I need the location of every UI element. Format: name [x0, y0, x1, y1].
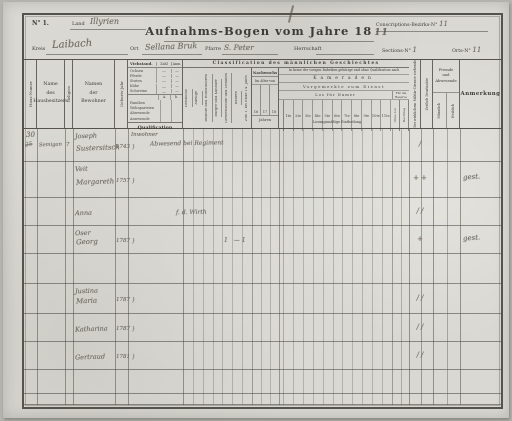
- category-column: Adelige: [193, 91, 203, 105]
- col-residents-label: Namen der Bewohner: [81, 81, 106, 107]
- familien-rows: FamilienWohnparteienAbwesendeAnwesende: [128, 100, 182, 122]
- nachwuchs-sub: Im Alter von: [252, 77, 278, 84]
- category-column: Geistliche: [183, 89, 193, 107]
- absent-male-label: Männlich: [437, 103, 441, 119]
- orts-label: Orts-N°: [452, 49, 471, 54]
- category-label: Vom 1. bis Ende 14. Jahrs: [245, 75, 249, 122]
- owner-note: 7: [66, 142, 70, 148]
- nachwuchs-unit: Jahren: [252, 115, 278, 124]
- category-label: Adelige: [195, 91, 199, 105]
- los-column: 5te: [323, 100, 333, 131]
- col-owner-label: Name des Hausbesitzers: [33, 81, 68, 107]
- resident-first-name: Veit: [75, 165, 88, 173]
- tally-marks: ++: [405, 174, 437, 182]
- resident-first-name: Oser: [75, 229, 91, 238]
- animal-extra: —: [171, 69, 182, 73]
- col-residents: Namen der Bewohner: [73, 60, 115, 128]
- family-row: Anwesende: [128, 116, 182, 121]
- category-columns: GeistlicheAdeligeBeamte und Honoratioren…: [183, 68, 252, 128]
- los-number: 4te: [315, 114, 321, 118]
- los-column: 7te: [342, 100, 352, 131]
- land-label: Land: [72, 21, 85, 27]
- table-row: [24, 394, 501, 405]
- table-header: Haus-Numer Name des Hausbesitzers Religi…: [24, 59, 501, 129]
- remark-note: gest.: [463, 172, 481, 181]
- rule: [46, 54, 128, 55]
- table-row: [24, 254, 501, 284]
- sections-number: Sections-N° 1: [382, 46, 417, 54]
- los-number: 8te: [354, 114, 360, 118]
- livestock-row: Ochsen——: [128, 68, 182, 73]
- aux-column: Nachtrag: [400, 100, 409, 131]
- animal-label: Stuten: [128, 79, 156, 83]
- livestock-count-header: Zahl: [156, 62, 171, 66]
- rule: [376, 31, 488, 32]
- family-label: Anwesende: [128, 117, 160, 121]
- resident-surname: Maria: [76, 297, 97, 306]
- age-17: 17: [263, 110, 268, 114]
- resident-surname: Georg: [76, 238, 98, 247]
- animal-count: —: [156, 89, 171, 94]
- kameraden-line4: Los für Numer: [279, 91, 392, 99]
- qualification-note: Inwohner: [131, 132, 158, 138]
- los-column: 2te: [294, 100, 304, 131]
- pfarre-label: Pfarre: [205, 46, 221, 52]
- conscription-district: Conscriptions-Bezirks-N° 11: [376, 20, 448, 28]
- scanned-census-sheet: N° 1. Land Illyrien Aufnahms-Bogen vom J…: [0, 0, 512, 421]
- category-column: Gewerbsleute und Gehilfen: [222, 73, 232, 123]
- ort-label: Ort: [130, 46, 139, 52]
- rule: [142, 54, 202, 55]
- sections-value: 1: [412, 46, 416, 54]
- table-row: Gertraud1781 }//: [24, 342, 501, 370]
- livestock-block: Viehstand. Zahl Anm. Ochsen——Pferde——Stu…: [128, 60, 183, 128]
- house-number-old: 25: [25, 141, 34, 149]
- col-owner: Name des Hausbesitzers: [37, 60, 65, 128]
- family-cell-b: [171, 116, 182, 121]
- form-header: N° 1. Land Illyrien Aufnahms-Bogen vom J…: [24, 15, 501, 59]
- animal-label: Pferde: [128, 74, 156, 78]
- table-row: VeitMargareth1757 }++gest.: [24, 162, 501, 198]
- kameraden-line3: Vorgemerkte zum Dienst: [279, 83, 409, 91]
- sections-label: Sections-N°: [382, 49, 411, 54]
- families-block: A. b. FamilienWohnparteienAbwesendeAnwes…: [128, 94, 182, 122]
- aux-header: Für die Reserve: [392, 91, 409, 99]
- table-row: 3025Semigan7JosephSustersitsch1743 }Inwo…: [24, 129, 501, 162]
- classification-mark: 1 —1: [224, 237, 248, 244]
- family-label: Abwesende: [128, 111, 160, 115]
- kameraden-line2: Kameraden: [279, 75, 409, 83]
- house-number: 30: [26, 131, 35, 139]
- col-military-service: Bei wirklichem Militär-Dienste stehende: [409, 60, 421, 128]
- orts-number: Orts-N° 11: [452, 46, 481, 54]
- livestock-row: Pferde——: [128, 73, 182, 78]
- form-title-year: 11: [374, 28, 389, 38]
- family-label: Familien: [128, 101, 160, 105]
- ort-value: Sellana Bruk: [145, 41, 198, 52]
- tally-marks: /: [405, 140, 437, 148]
- los-number: 3te: [305, 114, 311, 118]
- birth-year: 1787 }: [116, 326, 135, 332]
- aux-label: Ohne Los: [393, 108, 397, 122]
- land-value: Illyrien: [90, 17, 119, 26]
- col-remarks: Anmerkung: [460, 60, 501, 128]
- animal-label: Kühe: [128, 84, 156, 88]
- family-cell-a: [160, 116, 171, 121]
- table-row: Annaf. d. Wirth//: [24, 198, 501, 226]
- col-furloughed: Zeitlich Beurlaubte: [421, 60, 433, 128]
- animal-label: Ochsen: [128, 69, 156, 73]
- sheet-number: N° 1.: [32, 20, 49, 27]
- age-16: 16: [254, 110, 259, 114]
- animal-label: Schweine: [128, 89, 156, 93]
- col-birth-year: Geburts-Jahr: [115, 60, 128, 128]
- rule: [70, 29, 146, 30]
- birth-year: 1757 }: [116, 178, 135, 184]
- rule: [316, 54, 374, 55]
- los-column: 3te: [303, 100, 313, 131]
- paper-sheet: N° 1. Land Illyrien Aufnahms-Bogen vom J…: [3, 2, 509, 418]
- absent-title: Fremde und Abwesende: [433, 60, 459, 93]
- form-title: Aufnahms-Bogen vom Jahre 1811: [142, 24, 392, 38]
- col-birth-year-label: Geburts-Jahr: [119, 81, 124, 107]
- conscription-label: Conscriptions-Bezirks-N°: [376, 23, 438, 28]
- absent-female-label: Weiblich: [451, 104, 455, 118]
- classification-title: Classification des männlichen Geschlecht…: [183, 61, 409, 68]
- category-column: Vom 1. bis Ende 14. Jahrs: [242, 75, 251, 122]
- los-column: 6te: [333, 100, 343, 131]
- los-number: 10te: [372, 114, 380, 118]
- category-label: Beamte und Honoratioren: [205, 74, 209, 122]
- los-column: 9te: [362, 100, 372, 131]
- col-house-number-label: Haus-Numer: [28, 81, 33, 107]
- table-row: [24, 370, 501, 394]
- los-number: 1te: [285, 114, 291, 118]
- resident-first-name: Katharina: [75, 324, 108, 333]
- category-label: Bürger und Künstler: [215, 79, 219, 117]
- livestock-row: Kühe——: [128, 84, 182, 89]
- nachwuchs-block: Nachwuchs Im Alter von 16 17 18 Jahren: [252, 68, 279, 128]
- livestock-row: Schweine——: [128, 89, 182, 94]
- aux-column: Ohne Los: [391, 100, 400, 131]
- category-label: Geistliche: [185, 89, 189, 107]
- conscription-value: 11: [439, 20, 448, 28]
- los-columns: 1te2te3te4te5te6te7te8te9te10te11teOhne …: [279, 100, 409, 131]
- los-number: 2te: [295, 114, 301, 118]
- remark-note: gest.: [463, 234, 481, 243]
- viehstand-rows: Ochsen——Pferde——Stuten——Kühe——Schweine——: [128, 68, 182, 94]
- resident-surname: Sustersitsch: [76, 143, 120, 153]
- tally-marks: //: [405, 207, 437, 215]
- animal-extra: —: [171, 79, 182, 83]
- resident-first-name: Justina: [75, 287, 98, 296]
- los-column: 4te: [313, 100, 323, 131]
- kreis-value: Laibach: [52, 38, 93, 51]
- kreis-label: Kreis: [32, 46, 45, 52]
- tally-marks: +: [405, 235, 437, 243]
- los-column: 1te: [284, 100, 294, 131]
- resident-surname: Margareth: [76, 177, 114, 186]
- herrschaft-label: Herrschaft: [294, 46, 322, 52]
- resident-first-name: Anna: [75, 209, 92, 218]
- tally-marks: //: [405, 351, 437, 359]
- kameraden-footer: Losungsmäßige Eintheilung: [283, 120, 391, 124]
- age-18: 18: [272, 110, 277, 114]
- kameraden-line1: In keine der vorigen Rubriken gehörige u…: [279, 68, 409, 75]
- rule: [222, 54, 278, 55]
- los-column: 10te: [372, 100, 382, 131]
- table-body: 3025Semigan7JosephSustersitsch1743 }Inwo…: [24, 129, 501, 405]
- los-number: 5te: [324, 114, 330, 118]
- category-column: Beamte und Honoratioren: [203, 74, 213, 122]
- resident-first-name: Joseph: [75, 132, 97, 141]
- category-column: Bürger und Künstler: [213, 79, 223, 117]
- animal-extra: —: [171, 74, 182, 78]
- birth-year: 1743 }: [116, 144, 135, 150]
- los-number: 7te: [344, 114, 350, 118]
- livestock-title: Viehstand.: [128, 61, 156, 66]
- category-label: Gewerbsleute und Gehilfen: [225, 73, 229, 123]
- orts-value: 11: [472, 46, 481, 54]
- los-column: 8te: [352, 100, 362, 131]
- birth-year: 1787 }: [116, 238, 135, 244]
- animal-extra: —: [171, 84, 182, 88]
- los-number: 11te: [382, 114, 390, 118]
- col-religion: Religion: [65, 60, 73, 128]
- kameraden-block: In keine der vorigen Rubriken gehörige u…: [279, 68, 409, 128]
- tally-marks: //: [405, 323, 437, 331]
- livestock-row: Stuten——: [128, 78, 182, 83]
- form-title-printed: Aufnahms-Bogen vom Jahre 18: [145, 24, 372, 38]
- qualification-note-2: Abwesend bei Regiment: [150, 139, 224, 147]
- col-religion-label: Religion: [66, 86, 71, 102]
- col-military-service-label: Bei wirklichem Militär-Dienste stehende: [413, 60, 417, 128]
- category-column: Bauern: [232, 91, 242, 104]
- table-row: Katharina1787 }//: [24, 314, 501, 342]
- family-label: Wohnparteien: [128, 106, 160, 110]
- col-remarks-label: Anmerkung: [461, 91, 501, 97]
- los-number: 9te: [363, 114, 369, 118]
- category-label: Bauern: [235, 91, 239, 104]
- pfarre-value: S. Peter: [224, 43, 254, 52]
- table-row: JustinaMaria1787 }//: [24, 284, 501, 314]
- table-row: OserGeorg1787 }1 —1+gest.: [24, 226, 501, 254]
- birth-year: 1781 }: [116, 354, 135, 360]
- los-number: 6te: [334, 114, 340, 118]
- form-border: N° 1. Land Illyrien Aufnahms-Bogen vom J…: [22, 13, 503, 409]
- livestock-extra-header: Anm.: [171, 62, 182, 66]
- owner-name: Semigan: [39, 141, 62, 148]
- aux-label: Nachtrag: [402, 108, 406, 122]
- nachwuchs-title: Nachwuchs: [252, 68, 278, 77]
- resident-first-name: Gertraud: [75, 352, 105, 361]
- los-column: 11te: [381, 100, 391, 131]
- col-furloughed-label: Zeitlich Beurlaubte: [425, 78, 429, 110]
- tally-marks: //: [405, 294, 437, 302]
- qualification-note-2: f. d. Wirth: [176, 209, 207, 217]
- absent-block: Fremde und Abwesende Männlich Weiblich: [433, 60, 460, 128]
- birth-year: 1787 }: [116, 297, 135, 303]
- animal-extra: —: [171, 89, 182, 93]
